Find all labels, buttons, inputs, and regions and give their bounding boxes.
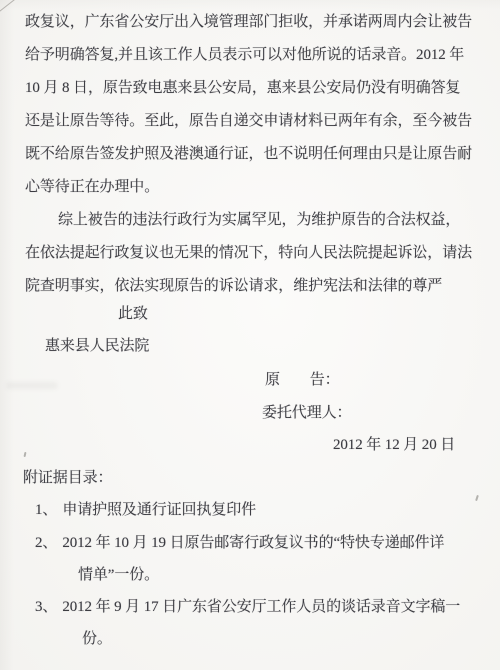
evidence-item-2-text: 2012 年 10 月 19 日原告邮寄行政复议书的“特快专递邮件详 xyxy=(62,534,444,553)
plaintiff-label: 原 告： xyxy=(265,371,340,390)
evidence-list-title: 附证据目录： xyxy=(23,469,112,488)
body-paragraph1-line2: 给予明确答复,并且该工作人员表示可以对他所说的话录音。2012 年 xyxy=(25,46,464,65)
evidence-item-1: 1、 申请护照及通行证回执复印件 xyxy=(35,501,256,520)
evidence-item-3: 3、 2012 年 9 月 17 日广东省公安厅工作人员的谈话录音文字稿一 xyxy=(35,598,460,617)
scan-corner-crease xyxy=(0,0,16,13)
body-paragraph2-line3: 院查明事实，依法实现原告的诉讼请求，维护宪法和法律的尊严 xyxy=(25,277,442,296)
evidence-item-3-text: 2012 年 9 月 17 日广东省公安厅工作人员的谈话录音文字稿一 xyxy=(62,598,460,617)
evidence-item-2-continuation: 情单”一份。 xyxy=(78,566,159,585)
evidence-item-2: 2、 2012 年 10 月 19 日原告邮寄行政复议书的“特快专递邮件详 xyxy=(35,534,444,553)
document-date: 2012 年 12 月 20 日 xyxy=(333,436,455,455)
body-paragraph2-line2: 在依法提起行政复议也无果的情况下，特向人民法院提起诉讼，请法 xyxy=(25,244,472,263)
body-paragraph1-line1: 政复议，广东省公安厅出入境管理部门拒收，并承诺两周内会让被告 xyxy=(25,13,472,32)
scan-speck xyxy=(24,452,27,457)
evidence-item-3-number: 3、 xyxy=(35,598,57,617)
body-paragraph1-line4: 还是让原告等待。至此，原告自递交申请材料已两年有余，至今被告 xyxy=(25,112,472,131)
agent-label: 委托代理人： xyxy=(262,404,351,423)
evidence-item-3-continuation: 份。 xyxy=(82,630,112,649)
court-name: 惠来县人民法院 xyxy=(45,337,149,356)
evidence-item-1-text: 申请护照及通行证回执复印件 xyxy=(62,501,256,520)
scanned-legal-complaint-page: 政复议，广东省公安厅出入境管理部门拒收，并承诺两周内会让被告 给予明确答复,并且… xyxy=(0,0,500,670)
evidence-item-2-number: 2、 xyxy=(35,534,57,553)
body-paragraph2-line1: 综上被告的违法行政行为实属罕见，为维护原告的合法权益， xyxy=(58,211,460,230)
evidence-item-1-number: 1、 xyxy=(35,501,57,520)
closing-salutation: 此致 xyxy=(118,305,148,324)
body-paragraph1-line6: 心等待正在办理中。 xyxy=(25,178,159,197)
scan-smudge xyxy=(6,382,58,389)
body-paragraph1-line3: 10 月 8 日，原告致电惠来县公安局，惠来县公安局仍没有明确答复 xyxy=(25,79,460,98)
body-paragraph1-line5: 既不给原告签发护照及港澳通行证，也不说明任何理由只是让原告耐 xyxy=(25,145,472,164)
scan-speck xyxy=(475,495,479,501)
